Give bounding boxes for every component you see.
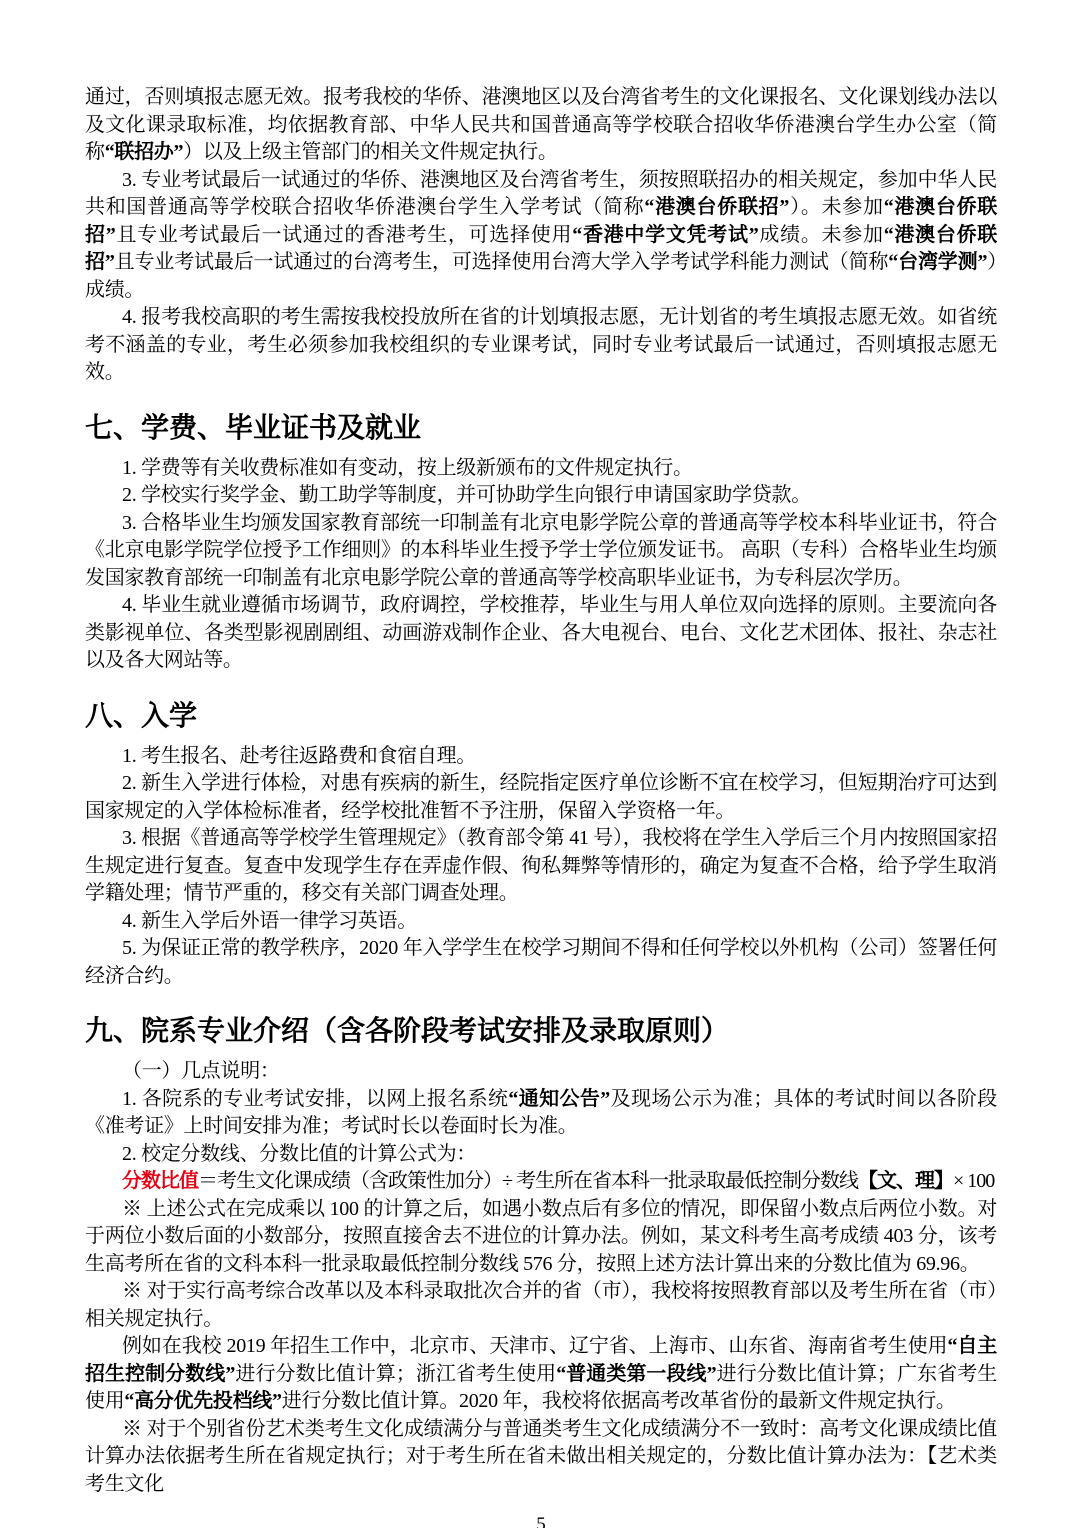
para-intro-item-4: 4. 报考我校高职的考生需按我校投放所在省的计划填报志愿，无计划省的考生填报志愿… [85,304,997,387]
para-sec8-item-2: 2. 新生入学进行体检，对患有疾病的新生，经院指定医疗单位诊断不宜在校学习，但短… [85,770,997,825]
text-run-bold: “港澳台侨联招” [644,196,789,218]
text-run: 1. 各院系的专业考试安排，以网上报名系统 [122,1088,508,1110]
para-sec7-item-2: 2. 学校实行奖学金、勤工助学等制度，并可协助学生向银行申请国家助学贷款。 [85,482,997,510]
text-run: 进行分数比值计算；浙江省考生使用 [235,1363,556,1385]
para-sec8-item-3: 3. 根据《普通高等学校学生管理规定》（教育部令第 41 号），我校将在学生入学… [85,825,997,908]
text-run: 例如在我校 2019 年招生工作中，北京市、天津市、辽宁省、上海市、山东省、海南… [122,1335,947,1357]
para-sec9-example: 例如在我校 2019 年招生工作中，北京市、天津市、辽宁省、上海市、山东省、海南… [85,1333,997,1416]
text-run: ）。未参加 [789,196,884,218]
text-run: 成绩。未参加 [758,224,883,246]
text-run-bold: “台湾学测” [888,251,987,273]
text-run-bold: “香港中学文凭考试” [572,224,758,246]
text-run-bold: 【文、理】 [858,1170,953,1192]
page-number: 5 [85,1514,997,1528]
para-score-ratio-formula: 分数比值＝考生文化课成绩（含政策性加分）÷ 考生所在省本科一批录取最低控制分数线… [85,1168,997,1196]
para-sec8-item-5: 5. 为保证正常的教学秩序，2020 年入学学生在校学习期间不得和任何学校以外机… [85,935,997,990]
text-run: ＝考生文化课成绩（含政策性加分）÷ 考生所在省本科一批录取最低控制分数线 [198,1170,858,1192]
text-run: 且专业考试最后一试通过的台湾考生，可选择使用台湾大学入学考试学科能力测试（简称 [115,251,889,273]
para-sec7-item-3: 3. 合格毕业生均颁发国家教育部统一印制盖有北京电影学院公章的普通高等学校本科毕… [85,510,997,593]
para-sec8-item-1: 1. 考生报名、赴考往返路费和食宿自理。 [85,743,997,771]
heading-section-8: 八、入学 [85,698,997,733]
para-sec9-note-2: ※ 对于实行高考综合改革以及本科录取批次合并的省（市），我校将按照教育部以及考生… [85,1278,997,1333]
text-run: 进行分数比值计算。2020 年，我校将依据高考改革省份的最新文件规定执行。 [282,1390,956,1412]
para-sec9-item-2: 2. 校定分数线、分数比值的计算公式为： [85,1141,997,1169]
para-sec9-note-label: （一）几点说明： [85,1058,997,1086]
para-continuation: 通过，否则填报志愿无效。报考我校的华侨、港澳地区以及台湾省考生的文化课报名、文化… [85,84,997,167]
para-sec9-note-1: ※ 上述公式在完成乘以 100 的计算之后，如遇小数点后有多位的情况，即保留小数… [85,1196,997,1279]
formula-term-red: 分数比值 [122,1170,198,1192]
text-run-bold: “联招办” [105,141,184,163]
heading-section-9: 九、院系专业介绍（含各阶段考试安排及录取原则） [85,1013,997,1048]
para-sec9-item-1: 1. 各院系的专业考试安排，以网上报名系统“通知公告”及现场公示为准；具体的考试… [85,1086,997,1141]
para-sec7-item-4: 4. 毕业生就业遵循市场调节，政府调控，学校推荐，毕业生与用人单位双向选择的原则… [85,592,997,675]
para-sec8-item-4: 4. 新生入学后外语一律学习英语。 [85,908,997,936]
text-run: ）以及上级主管部门的相关文件规定执行。 [183,141,557,163]
heading-section-7: 七、学费、毕业证书及就业 [85,410,997,445]
text-run-bold: “普通类第一段线” [556,1363,716,1385]
para-sec7-item-1: 1. 学费等有关收费标准如有变动，按上级新颁布的文件规定执行。 [85,455,997,483]
document-page: 通过，否则填报志愿无效。报考我校的华侨、港澳地区以及台湾省考生的文化课报名、文化… [0,0,1080,1528]
text-run: 且专业考试最后一试通过的香港考生，可选择使用 [115,224,572,246]
text-run-bold: “通知公告” [508,1088,610,1110]
para-sec9-note-3: ※ 对于个别省份艺术类考生文化成绩满分与普通类考生文化成绩满分不一致时：高考文化… [85,1416,997,1499]
text-run-bold: “高分优先投档线” [124,1390,281,1412]
para-intro-item-3: 3. 专业考试最后一试通过的华侨、港澳地区及台湾省考生，须按照联招办的相关规定，… [85,167,997,305]
text-run: × 100 [953,1170,994,1192]
